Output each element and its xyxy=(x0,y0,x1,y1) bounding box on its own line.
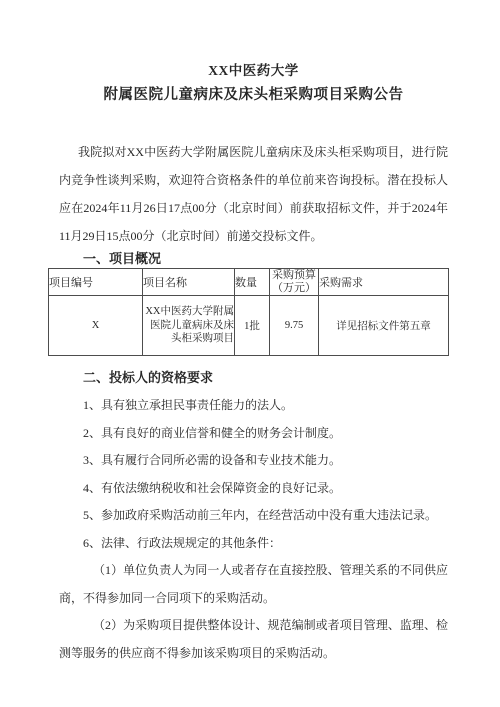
column-header-budget-line2: （万元） xyxy=(272,282,316,294)
qualification-subitem-2: （2）为采购项目提供整体设计、规范编制或者项目管理、监理、检测等服务的供应商不得… xyxy=(59,612,448,667)
column-header-project-id: 项目编号 xyxy=(49,269,143,296)
intro-paragraph: 我院拟对XX中医药大学附属医院儿童病床及床头柜采购项目，进行院内竞争性谈判采购，… xyxy=(59,138,448,250)
column-header-project-name: 项目名称 xyxy=(143,269,235,296)
qualification-item-3: 3、具有履行合同所必需的设备和专业技术能力。 xyxy=(59,447,448,475)
column-header-quantity: 数量 xyxy=(235,269,270,296)
column-header-requirement: 采购需求 xyxy=(319,269,449,296)
qualification-item-5: 5、参加政府采购活动前三年内，在经营活动中没有重大违法记录。 xyxy=(59,502,448,530)
qualification-subitem-1: （1）单位负责人为同一人或者存在直接控股、管理关系的不同供应商，不得参加同一合同… xyxy=(59,557,448,612)
cell-budget: 9.75 xyxy=(270,296,319,356)
qualification-item-4: 4、有依法缴纳税收和社会保障资金的良好记录。 xyxy=(59,475,448,503)
cell-requirement: 详见招标文件第五章 xyxy=(319,296,449,356)
column-header-budget-line1: 采购预算 xyxy=(272,269,316,281)
section-overview-heading: 一、项目概况 xyxy=(59,252,448,266)
qualification-item-6: 6、法律、行政法规规定的其他条件： xyxy=(59,530,448,558)
doc-title-line1: XX中医药大学 xyxy=(59,64,448,78)
qualification-items: 1、具有独立承担民事责任能力的法人。 2、具有良好的商业信誉和健全的财务会计制度… xyxy=(59,392,448,667)
qualification-item-1: 1、具有独立承担民事责任能力的法人。 xyxy=(59,392,448,420)
column-header-budget: 采购预算（万元） xyxy=(270,269,319,296)
doc-title-line2: 附属医院儿童病床及床头柜采购项目采购公告 xyxy=(59,87,448,103)
table-row: X XX中医药大学附属医院儿童病床及床头柜采购项目 1批 9.75 详见招标文件… xyxy=(49,296,449,356)
table-header-row: 项目编号 项目名称 数量 采购预算（万元） 采购需求 xyxy=(49,269,449,296)
cell-project-id: X xyxy=(49,296,143,356)
document-page: XX中医药大学 附属医院儿童病床及床头柜采购项目采购公告 我院拟对XX中医药大学… xyxy=(0,0,500,667)
cell-quantity: 1批 xyxy=(235,296,270,356)
section-qualification-heading: 二、投标人的资格要求 xyxy=(59,371,448,385)
qualification-item-2: 2、具有良好的商业信誉和健全的财务会计制度。 xyxy=(59,420,448,448)
cell-project-name: XX中医药大学附属医院儿童病床及床头柜采购项目 xyxy=(143,296,235,356)
project-overview-table: 项目编号 项目名称 数量 采购预算（万元） 采购需求 X XX中医药大学附属医院… xyxy=(48,268,449,356)
